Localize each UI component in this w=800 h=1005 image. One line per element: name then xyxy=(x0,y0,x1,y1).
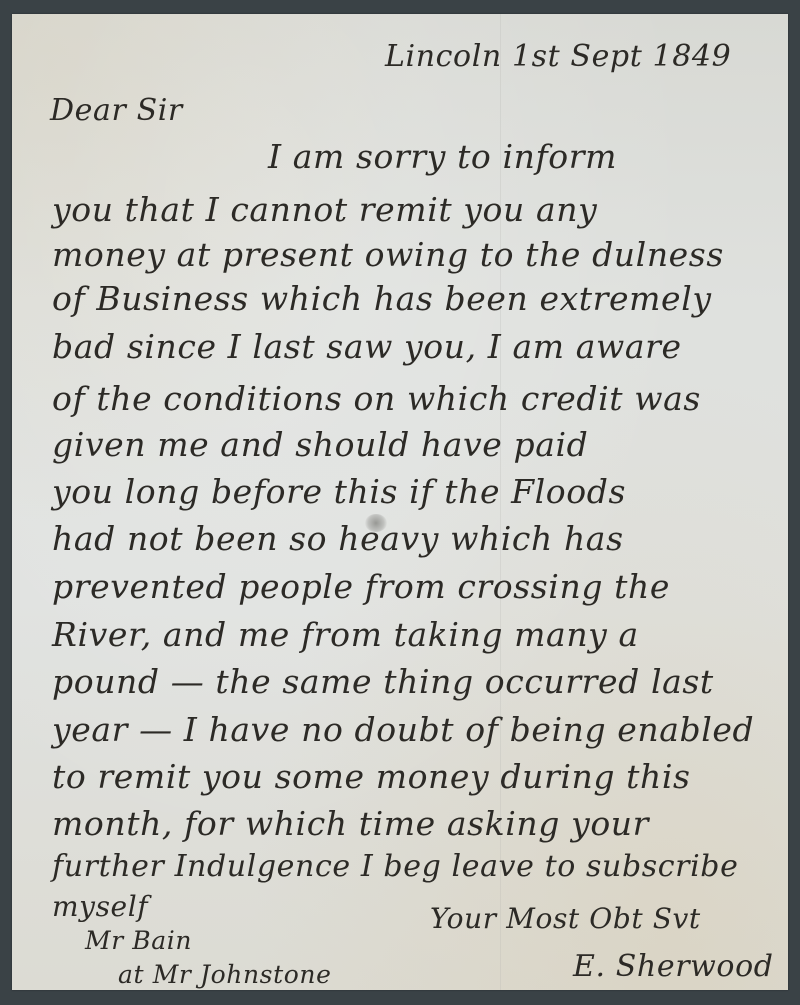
body-line-6: of the conditions on which credit was xyxy=(52,382,701,415)
addressee-location: at Mr Johnstone xyxy=(118,962,332,987)
addressee-name: Mr Bain xyxy=(85,928,192,953)
body-line-5: bad since I last saw you, I am aware xyxy=(52,330,682,363)
body-line-14: to remit you some money during this xyxy=(52,760,691,793)
body-line-13: year — I have no doubt of being enabled xyxy=(52,713,754,746)
body-line-8: you long before this if the Floods xyxy=(52,475,626,508)
letter-salutation: Dear Sir xyxy=(50,96,183,126)
body-line-15: month, for which time asking your xyxy=(52,807,649,840)
body-line-17: myself xyxy=(52,893,148,921)
letter-signature: E. Sherwood xyxy=(573,952,774,982)
letter-closing: Your Most Obt Svt xyxy=(430,905,701,933)
body-line-9: had not been so heavy which has xyxy=(52,522,624,555)
letter-dateline: Lincoln 1st Sept 1849 xyxy=(385,42,731,72)
body-line-3: money at present owing to the dulness xyxy=(52,238,724,271)
body-line-11: River, and me from taking many a xyxy=(52,618,639,651)
body-line-12: pound — the same thing occurred last xyxy=(52,665,714,698)
document-viewer: Lincoln 1st Sept 1849 Dear Sir I am sorr… xyxy=(0,0,800,1005)
body-line-16: further Indulgence I beg leave to subscr… xyxy=(52,852,738,882)
body-line-7: given me and should have paid xyxy=(52,428,588,461)
body-line-4: of Business which has been extremely xyxy=(52,282,712,315)
body-line-2: you that I cannot remit you any xyxy=(52,193,597,226)
body-line-1: I am sorry to inform xyxy=(268,140,617,173)
body-line-10: prevented people from crossing the xyxy=(52,570,670,603)
